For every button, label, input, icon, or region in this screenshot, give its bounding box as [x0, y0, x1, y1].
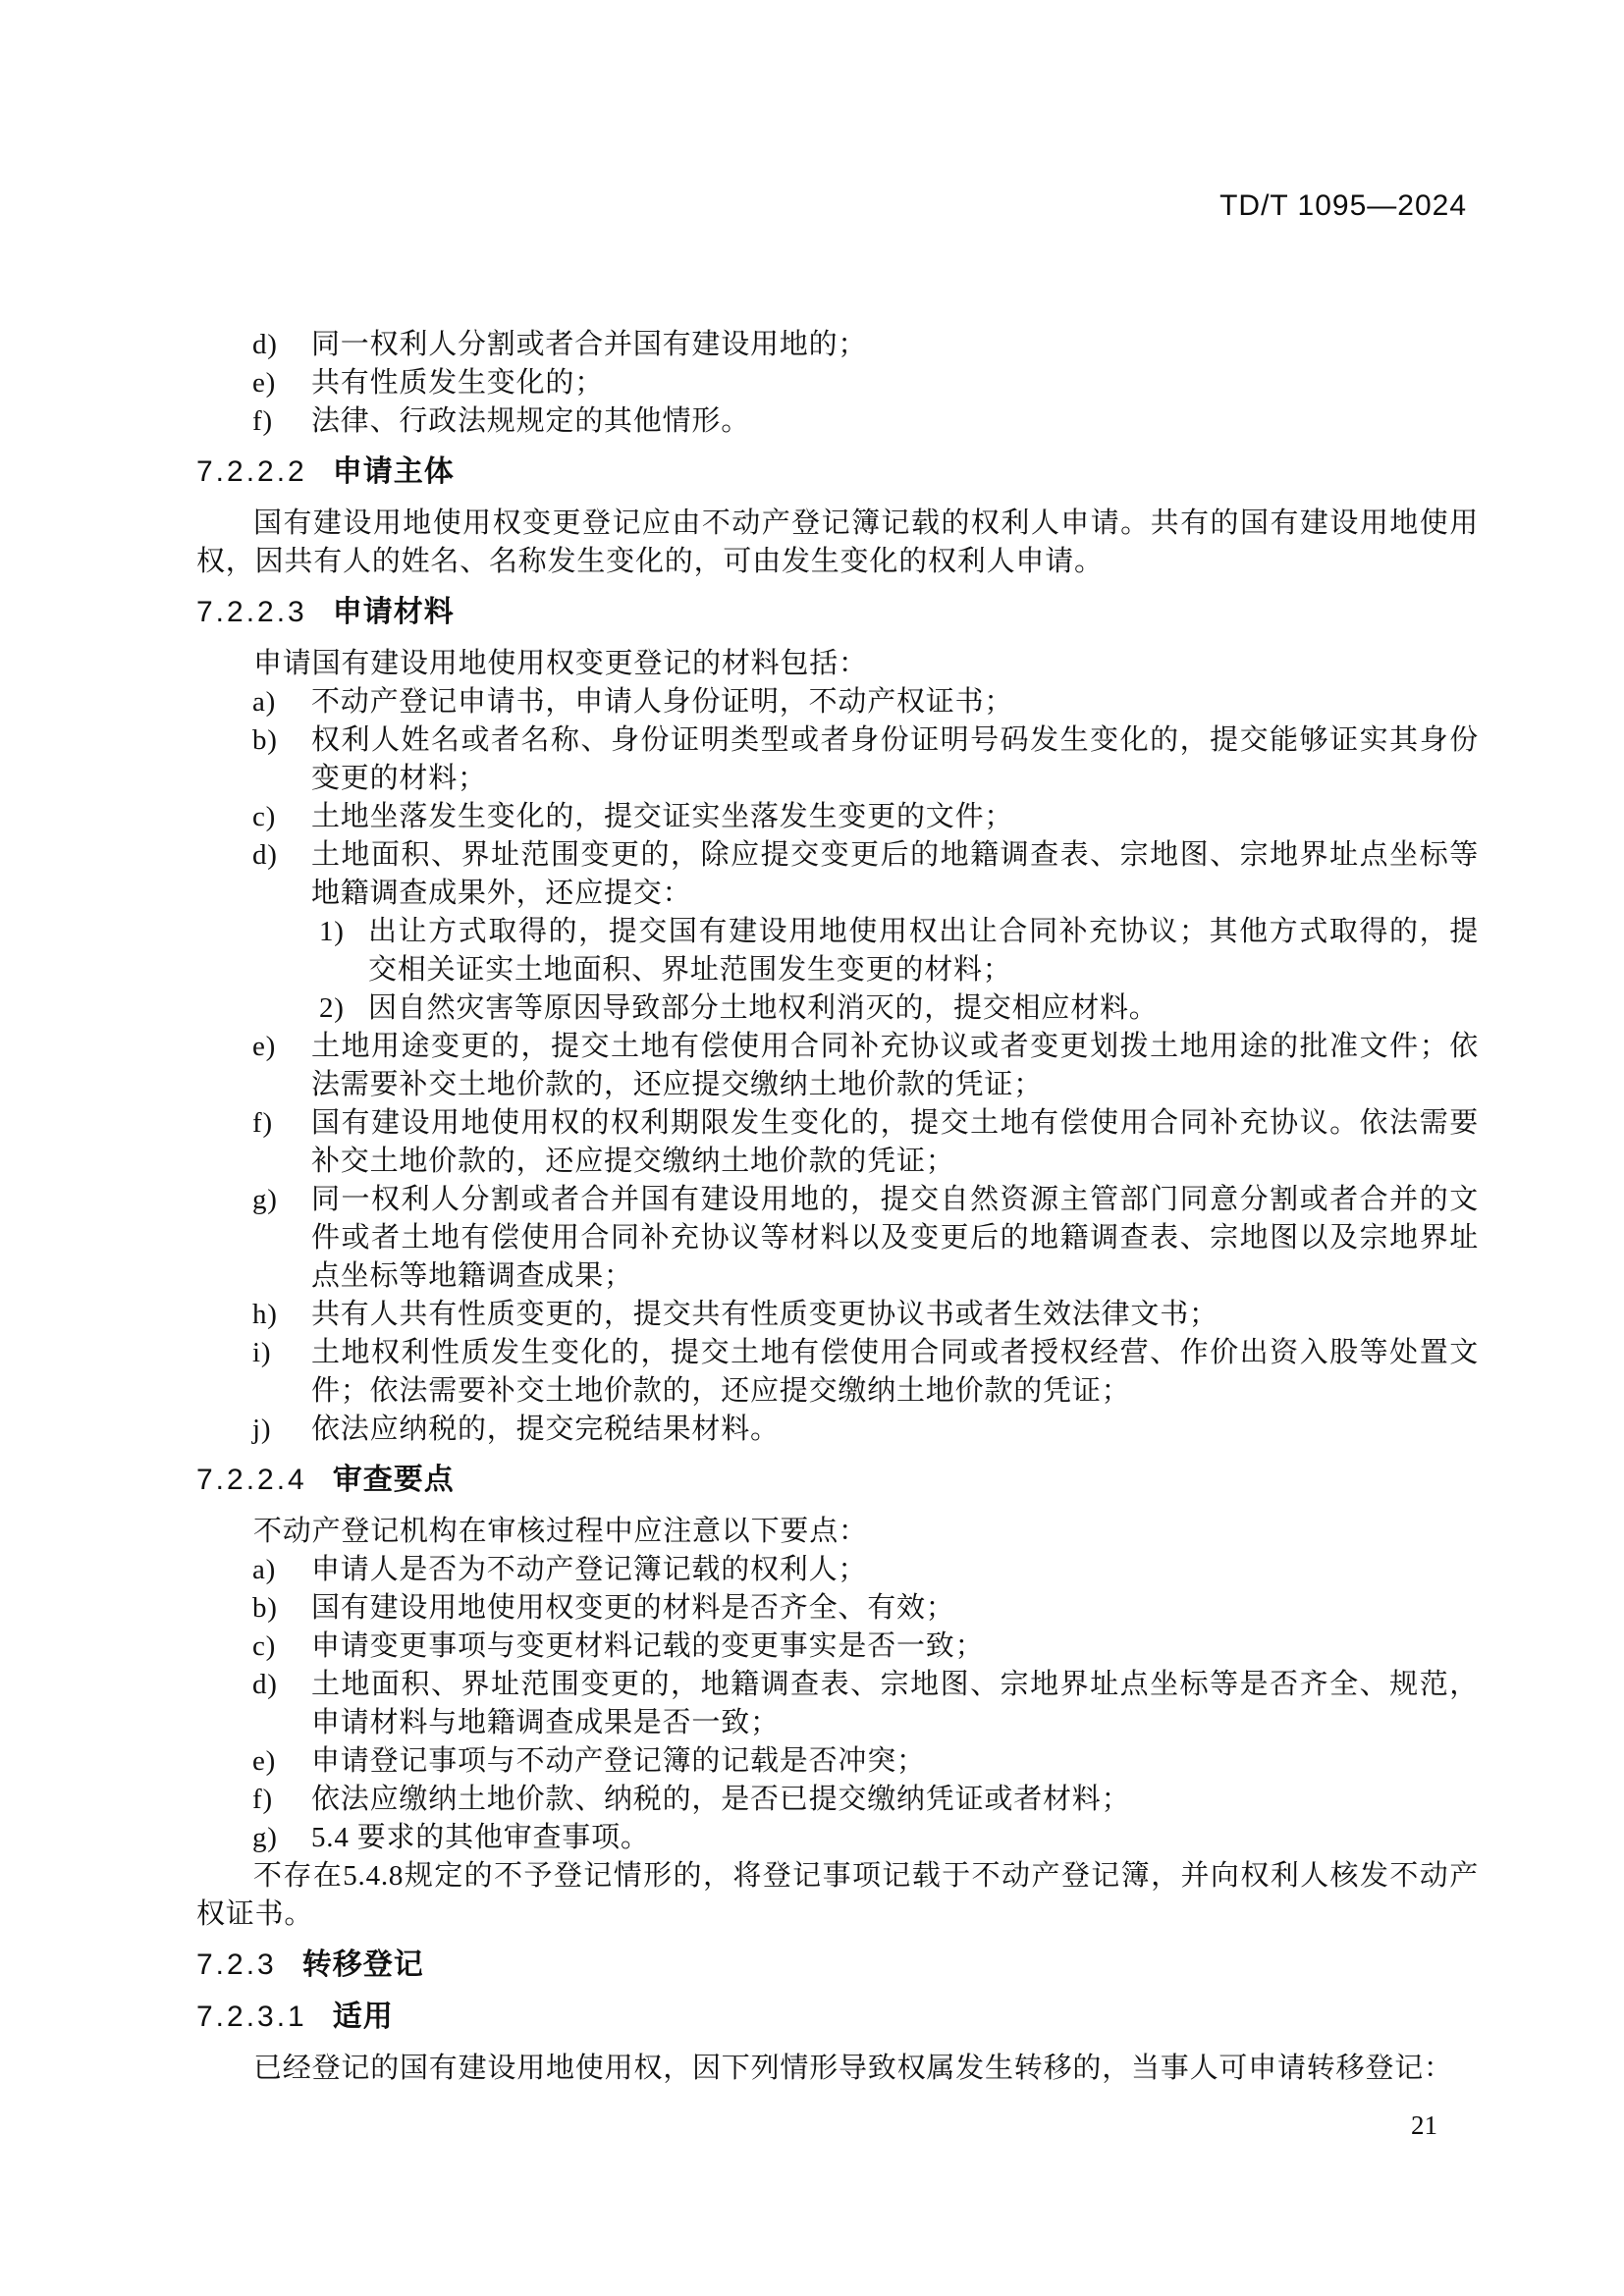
list-item-text: 依法应缴纳土地价款、纳税的，是否已提交缴纳凭证或者材料； [311, 1784, 1130, 1815]
document-content: d)同一权利人分割或者合并国有建设用地的；e)共有性质发生变化的；f)法律、行政… [196, 326, 1479, 2088]
sub-list-item: 2)因自然灾害等原因导致部分土地权利消灭的，提交相应材料。 [319, 989, 1479, 1028]
list-item-label: e) [252, 1028, 311, 1066]
list-item: d)土地面积、界址范围变更的，地籍调查表、宗地图、宗地界址点坐标等是否齐全、规范… [252, 1666, 1479, 1742]
list-item-label: e) [252, 1742, 311, 1781]
paragraph: 国有建设用地使用权变更登记应由不动产登记簿记载的权利人申请。共有的国有建设用地使… [196, 505, 1479, 581]
clause-title: 申请材料 [333, 596, 455, 628]
sub-list-item-text: 出让方式取得的，提交国有建设用地使用权出让合同补充协议；其他方式取得的，提交相关… [368, 916, 1479, 986]
list-item-text: 共有性质发生变化的； [311, 367, 604, 399]
clause-heading: 7.2.3转移登记 [196, 1946, 1479, 1984]
list-item: c)申请变更事项与变更材料记载的变更事实是否一致； [252, 1628, 1479, 1666]
list-item-label: a) [252, 1551, 311, 1589]
list-item: g)同一权利人分割或者合并国有建设用地的，提交自然资源主管部门同意分割或者合并的… [252, 1181, 1479, 1296]
list-item: f)法律、行政法规规定的其他情形。 [252, 402, 1479, 441]
paragraph: 申请国有建设用地使用权变更登记的材料包括： [196, 645, 1479, 683]
list-item-label: h) [252, 1296, 311, 1334]
list-item-text: 5.4 要求的其他审查事项。 [311, 1822, 650, 1853]
sub-list-item-label: 1) [319, 913, 368, 951]
clause-title: 审查要点 [333, 1464, 455, 1496]
list-item-label: f) [252, 1104, 311, 1143]
list-item-label: d) [252, 836, 311, 875]
list-item-label: e) [252, 364, 311, 402]
list-item: a)申请人是否为不动产登记簿记载的权利人； [252, 1551, 1479, 1589]
list-item: h)共有人共有性质变更的，提交共有性质变更协议书或者生效法律文书； [252, 1296, 1479, 1334]
sub-list: 1)出让方式取得的，提交国有建设用地使用权出让合同补充协议；其他方式取得的，提交… [319, 913, 1479, 1028]
list-item-label: f) [252, 402, 311, 441]
list-item: d)土地面积、界址范围变更的，除应提交变更后的地籍调查表、宗地图、宗地界址点坐标… [252, 836, 1479, 1028]
list-item-text: 土地坐落发生变化的，提交证实坐落发生变更的文件； [311, 801, 1013, 832]
list-item: i)土地权利性质发生变化的，提交土地有偿使用合同或者授权经营、作价出资入股等处置… [252, 1334, 1479, 1411]
list-item: e)土地用途变更的，提交土地有偿使用合同补充协议或者变更划拨土地用途的批准文件；… [252, 1028, 1479, 1104]
list-item-label: b) [252, 721, 311, 760]
list-item-text: 不动产登记申请书，申请人身份证明，不动产权证书； [311, 686, 1013, 718]
list-item: e)申请登记事项与不动产登记簿的记载是否冲突； [252, 1742, 1479, 1781]
list-item-text: 依法应纳税的，提交完税结果材料。 [311, 1414, 780, 1445]
clause-title: 转移登记 [302, 1949, 424, 1981]
sub-list-item: 1)出让方式取得的，提交国有建设用地使用权出让合同补充协议；其他方式取得的，提交… [319, 913, 1479, 989]
list-item-text: 同一权利人分割或者合并国有建设用地的； [311, 329, 867, 360]
list-item-text: 权利人姓名或者名称、身份证明类型或者身份证明号码发生变化的，提交能够证实其身份变… [311, 724, 1479, 794]
clause-number: 7.2.2.4 [196, 1464, 307, 1496]
ordered-list: a)申请人是否为不动产登记簿记载的权利人；b)国有建设用地使用权变更的材料是否齐… [252, 1551, 1479, 1857]
list-item-text: 同一权利人分割或者合并国有建设用地的，提交自然资源主管部门同意分割或者合并的文件… [311, 1184, 1479, 1292]
list-item-label: j) [252, 1411, 311, 1449]
list-item: c)土地坐落发生变化的，提交证实坐落发生变更的文件； [252, 798, 1479, 836]
list-item-label: d) [252, 1666, 311, 1704]
list-item-text: 申请变更事项与变更材料记载的变更事实是否一致； [311, 1630, 984, 1662]
paragraph: 已经登记的国有建设用地使用权，因下列情形导致权属发生转移的，当事人可申请转移登记… [196, 2050, 1479, 2088]
clause-heading: 7.2.2.2申请主体 [196, 453, 1479, 491]
list-item: f)国有建设用地使用权的权利期限发生变化的，提交土地有偿使用合同补充协议。依法需… [252, 1104, 1479, 1181]
clause-title: 申请主体 [333, 455, 455, 488]
list-item-label: i) [252, 1334, 311, 1372]
standard-number-header: TD/T 1095—2024 [1219, 189, 1467, 223]
clause-heading: 7.2.3.1适用 [196, 1998, 1479, 2036]
list-item-text: 土地权利性质发生变化的，提交土地有偿使用合同或者授权经营、作价出资入股等处置文件… [311, 1337, 1479, 1407]
list-item-label: c) [252, 1628, 311, 1666]
list-item-label: g) [252, 1181, 311, 1219]
list-item-label: b) [252, 1589, 311, 1628]
clause-number: 7.2.2.2 [196, 455, 307, 488]
clause-heading: 7.2.2.4审查要点 [196, 1461, 1479, 1499]
ordered-list: a)不动产登记申请书，申请人身份证明，不动产权证书；b)权利人姓名或者名称、身份… [252, 683, 1479, 1449]
page-number: 21 [1411, 2110, 1437, 2141]
list-item-label: f) [252, 1781, 311, 1819]
clause-number: 7.2.2.3 [196, 596, 307, 628]
list-item-text: 共有人共有性质变更的，提交共有性质变更协议书或者生效法律文书； [311, 1299, 1218, 1330]
list-item-text: 国有建设用地使用权的权利期限发生变化的，提交土地有偿使用合同补充协议。依法需要补… [311, 1107, 1479, 1177]
list-item: j)依法应纳税的，提交完税结果材料。 [252, 1411, 1479, 1449]
list-item: f)依法应缴纳土地价款、纳税的，是否已提交缴纳凭证或者材料； [252, 1781, 1479, 1819]
list-item: e)共有性质发生变化的； [252, 364, 1479, 402]
list-item: d)同一权利人分割或者合并国有建设用地的； [252, 326, 1479, 364]
list-item-text: 土地面积、界址范围变更的，地籍调查表、宗地图、宗地界址点坐标等是否齐全、规范，申… [311, 1669, 1479, 1738]
list-item-text: 申请登记事项与不动产登记簿的记载是否冲突； [311, 1745, 926, 1777]
clause-heading: 7.2.2.3申请材料 [196, 593, 1479, 631]
list-item-text: 国有建设用地使用权变更的材料是否齐全、有效； [311, 1592, 955, 1624]
paragraph: 不动产登记机构在审核过程中应注意以下要点： [196, 1513, 1479, 1551]
clause-number: 7.2.3 [196, 1949, 277, 1981]
list-item-label: d) [252, 326, 311, 364]
list-item-text: 土地面积、界址范围变更的，除应提交变更后的地籍调查表、宗地图、宗地界址点坐标等地… [311, 839, 1479, 909]
list-item-text: 法律、行政法规规定的其他情形。 [311, 405, 750, 437]
list-item-label: g) [252, 1819, 311, 1857]
clause-title: 适用 [333, 2001, 394, 2033]
list-item-text: 申请人是否为不动产登记簿记载的权利人； [311, 1554, 867, 1585]
list-item-label: c) [252, 798, 311, 836]
paragraph: 不存在5.4.8规定的不予登记情形的，将登记事项记载于不动产登记簿，并向权利人核… [196, 1857, 1479, 1934]
list-item-text: 土地用途变更的，提交土地有偿使用合同补充协议或者变更划拨土地用途的批准文件；依法… [311, 1031, 1479, 1100]
ordered-list: d)同一权利人分割或者合并国有建设用地的；e)共有性质发生变化的；f)法律、行政… [252, 326, 1479, 441]
list-item: b)国有建设用地使用权变更的材料是否齐全、有效； [252, 1589, 1479, 1628]
list-item-label: a) [252, 683, 311, 721]
list-item: b)权利人姓名或者名称、身份证明类型或者身份证明号码发生变化的，提交能够证实其身… [252, 721, 1479, 798]
list-item: g)5.4 要求的其他审查事项。 [252, 1819, 1479, 1857]
sub-list-item-text: 因自然灾害等原因导致部分土地权利消灭的，提交相应材料。 [368, 992, 1159, 1024]
clause-number: 7.2.3.1 [196, 2001, 307, 2033]
sub-list-item-label: 2) [319, 989, 368, 1028]
list-item: a)不动产登记申请书，申请人身份证明，不动产权证书； [252, 683, 1479, 721]
